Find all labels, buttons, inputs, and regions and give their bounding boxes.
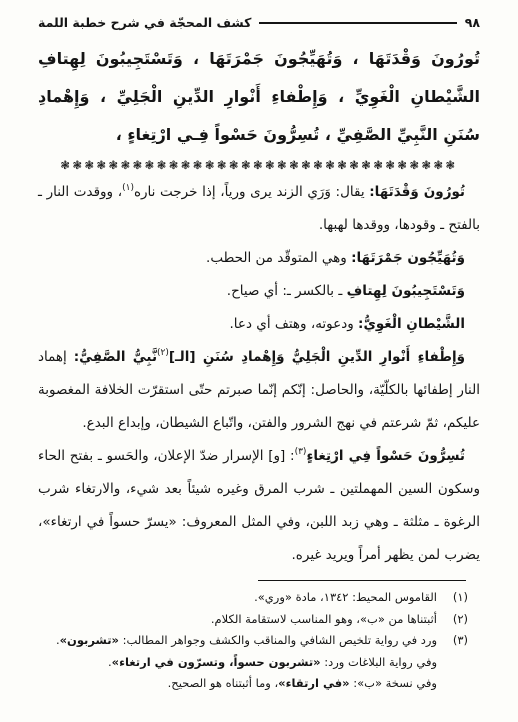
commentary-paragraph: تُسِرُّونَ حَسْواً فِي ارْتِغاءٍ(٣): [و]… xyxy=(38,440,480,572)
footnote-marker: (٢) xyxy=(157,348,169,358)
footnote-marker: (١) xyxy=(122,183,134,193)
gloss-lemma: الشَّيْطانِ الْغَوِيُّ: xyxy=(358,316,465,332)
footnote: (٣) ورد في رواية تلخيص الشافي والمناقب و… xyxy=(38,630,468,695)
footnote-line: وفي نسخة «ب»: «في ارتقاء»، وما أثبتناه ه… xyxy=(38,673,437,695)
header-rule xyxy=(259,22,456,24)
footnote-separator-rule xyxy=(258,580,466,581)
gloss-text: : [و] الإسرار ضدّ الإعلان، والحَسو ـ بفت… xyxy=(38,448,480,563)
gloss-text: ـ بالكسر ـ: أي صياح. xyxy=(227,283,347,299)
footnote-number: (٢) xyxy=(444,609,468,631)
footnote-number: (١) xyxy=(444,587,468,609)
footnote-line: ورد في رواية تلخيص الشافي والمناقب والكش… xyxy=(38,630,437,652)
commentary-paragraph: وَتَسْتَجِيبُونَ لِهِتافِ ـ بالكسر ـ: أي… xyxy=(38,275,480,308)
footnote: (٢) أثبتناها من «ب»، وهو المناسب لاستقام… xyxy=(38,609,468,631)
page-header: ٩٨ كشف المحجّة في شرح خطبة اللمة xyxy=(38,14,480,32)
gloss-text: يقال: وَرَي الزند يرى ورياً، إذا خرجت نا… xyxy=(134,184,369,200)
gloss-lemma: نَّبِيُّ الصَّفِيُّ: xyxy=(74,349,157,365)
gloss-text: وهي المتوقّد من الحطب. xyxy=(206,250,351,266)
page-number: ٩٨ xyxy=(465,14,480,32)
gloss-lemma: تُسِرُّونَ حَسْواً فِي ارْتِغاءٍ xyxy=(306,448,465,464)
gloss-lemma: وَتَسْتَجِيبُونَ لِهِتافِ xyxy=(347,283,465,299)
footnote-line: وفي رواية البلاغات ورد: «تشربون حسواً، و… xyxy=(38,652,437,674)
gloss-lemma: وَإِطْفاءِ أَنْوارِ الدِّينِ الْجَلِيُّ … xyxy=(169,349,465,365)
book-page: ٩٨ كشف المحجّة في شرح خطبة اللمة تُورُون… xyxy=(0,0,518,722)
commentary-paragraph: وَإِطْفاءِ أَنْوارِ الدِّينِ الْجَلِيُّ … xyxy=(38,341,480,440)
gloss-lemma: تُورُونَ وَقْدَتَهَا: xyxy=(369,184,465,200)
commentary-section: تُورُونَ وَقْدَتَهَا: يقال: وَرَي الزند … xyxy=(38,176,480,572)
footnote-text: أثبتناها من «ب»، وهو المناسب لاستقامة ال… xyxy=(38,609,437,631)
ornament-separator: ❃❃❃❃❃❃❃❃❃❃❃❃❃❃❃❃❃❃❃❃❃❃❃❃❃❃❃❃❃❃❃❃❃ xyxy=(38,158,480,172)
footnotes-list: (١) القاموس المحيط: ١٣٤٢، مادة «وري». (٢… xyxy=(38,587,480,695)
gloss-text: ودعوته، وهتف أي دعا. xyxy=(229,316,358,332)
footnote-number: (٣) xyxy=(444,630,468,652)
footnote: (١) القاموس المحيط: ١٣٤٢، مادة «وري». xyxy=(38,587,468,609)
gloss-lemma: وَتُهَيِّجُون جَمْرَتَهَا: xyxy=(351,250,465,266)
book-title: كشف المحجّة في شرح خطبة اللمة xyxy=(38,14,251,32)
footnote-marker: (٣) xyxy=(295,447,307,457)
commentary-paragraph: وَتُهَيِّجُون جَمْرَتَهَا: وهي المتوقّد … xyxy=(38,242,480,275)
footnote-text: ورد في رواية تلخيص الشافي والمناقب والكش… xyxy=(38,630,437,695)
footnote-text: القاموس المحيط: ١٣٤٢، مادة «وري». xyxy=(38,587,437,609)
sermon-quotation: تُورُونَ وَقْدَتَهَا ، وَتُهَيِّجُونَ جَ… xyxy=(38,40,480,154)
footnotes-area: (١) القاموس المحيط: ١٣٤٢، مادة «وري». (٢… xyxy=(38,580,480,695)
commentary-paragraph: الشَّيْطانِ الْغَوِيُّ: ودعوته، وهتف أي … xyxy=(38,308,480,341)
commentary-paragraph: تُورُونَ وَقْدَتَهَا: يقال: وَرَي الزند … xyxy=(38,176,480,242)
